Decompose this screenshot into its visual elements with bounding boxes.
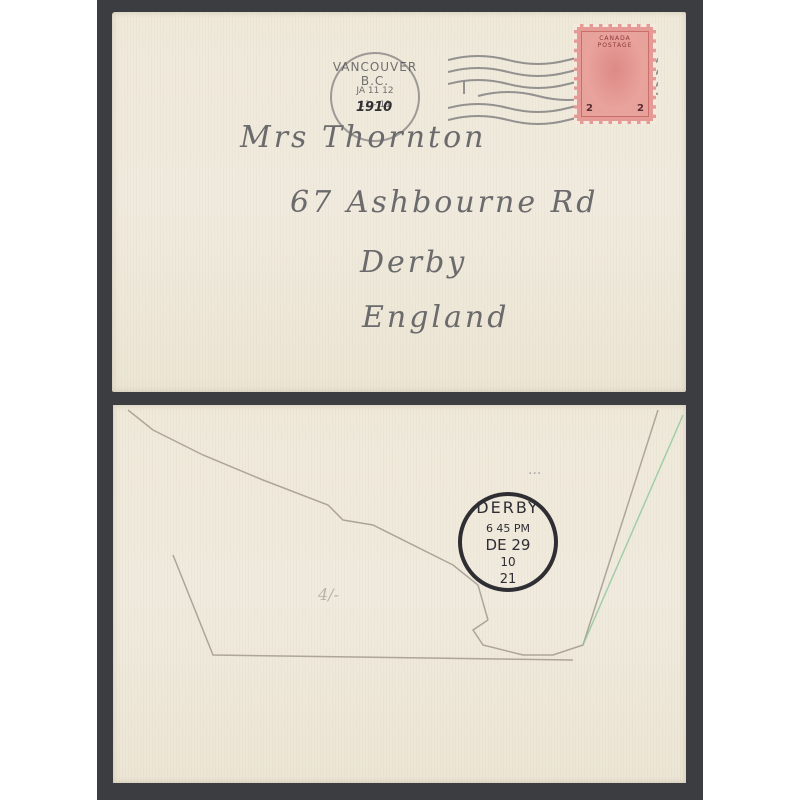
postmark-town: VANCOUVER B.C. [332,60,418,88]
postmark-date: DE 29 [458,536,558,554]
postage-stamp: CANADA POSTAGE 2 2 [574,24,656,124]
address-recipient: Mrs Thornton [240,120,486,155]
postmark-year: 1910 [356,100,392,115]
address-city: Derby [360,245,467,280]
stamp-portrait: CANADA POSTAGE 2 2 [581,31,649,117]
postmark-town: DERBY [458,498,558,517]
address-country: England [362,300,509,335]
pencil-price-note: 4/- [318,585,339,604]
stamp-value-left: 2 [586,103,593,114]
postmark-date: JA 11 12 [332,86,418,96]
address-street: 67 Ashbourne Rd [290,185,598,220]
postmark-year: 10 [458,555,558,569]
stamp-value-right: 2 [637,103,644,114]
page-background [703,407,800,800]
postmark-code: 21 [458,572,558,587]
envelope-flap-lines [113,405,686,783]
pencil-note: ... [528,462,541,478]
postmark-time: 6 45 PM [458,522,558,535]
stamp-country: CANADA POSTAGE [582,35,648,49]
derby-receiving-postmark: DERBY 6 45 PM DE 29 10 21 [458,492,558,592]
